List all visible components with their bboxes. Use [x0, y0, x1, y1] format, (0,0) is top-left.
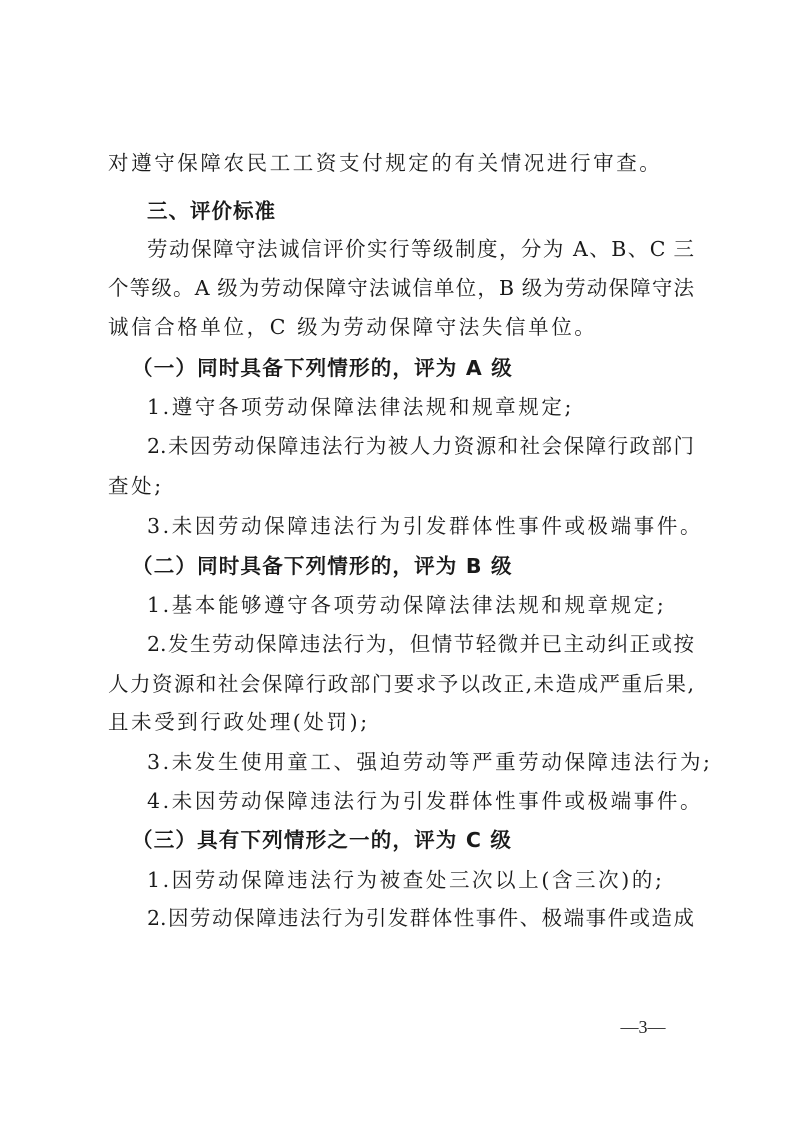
page-number: —3—	[598, 1013, 688, 1041]
subheading-grade-c: （三）具有下列情形之一的，评为 C 级	[132, 825, 718, 855]
subheading-grade-a: （一）同时具备下列情形的，评为 A 级	[132, 353, 718, 383]
list-item-a-2-continuation: 查处;	[108, 471, 694, 501]
paragraph-line: 诚信合格单位，C 级为劳动保障守法失信单位。	[108, 312, 694, 342]
list-item-b-2-continuation: 且未受到行政处理(处罚);	[108, 707, 694, 737]
list-item-b-4: 4.未因劳动保障违法行为引发群体性事件或极端事件。	[147, 786, 694, 816]
paragraph-line: 个等级。A 级为劳动保障守法诚信单位，B 级为劳动保障守法	[108, 273, 694, 303]
paragraph-line-continuation: 对遵守保障农民工工资支付规定的有关情况进行审查。	[108, 148, 694, 178]
list-item-b-2-continuation: 人力资源和社会保障行政部门要求予以改正,未造成严重后果,	[108, 669, 694, 699]
list-item-b-3: 3.未发生使用童工、强迫劳动等严重劳动保障违法行为;	[147, 747, 694, 777]
subheading-grade-b: （二）同时具备下列情形的，评为 B 级	[132, 551, 718, 581]
list-item-a-2: 2.未因劳动保障违法行为被人力资源和社会保障行政部门	[147, 431, 694, 461]
list-item-b-2: 2.发生劳动保障违法行为，但情节轻微并已主动纠正或按	[147, 629, 694, 659]
document-page: 对遵守保障农民工工资支付规定的有关情况进行审查。 三、评价标准 劳动保障守法诚信…	[0, 0, 793, 1122]
list-item-b-1: 1.基本能够遵守各项劳动保障法律法规和规章规定;	[147, 590, 694, 620]
list-item-a-1: 1.遵守各项劳动保障法律法规和规章规定;	[147, 392, 694, 422]
section-heading-evaluation-criteria: 三、评价标准	[147, 196, 694, 226]
list-item-a-3: 3.未因劳动保障违法行为引发群体性事件或极端事件。	[147, 511, 694, 541]
paragraph-line: 劳动保障守法诚信评价实行等级制度，分为 A、B、C 三	[147, 234, 694, 264]
list-item-c-1: 1.因劳动保障违法行为被查处三次以上(含三次)的;	[147, 865, 694, 895]
list-item-c-2: 2.因劳动保障违法行为引发群体性事件、极端事件或造成	[147, 903, 694, 933]
